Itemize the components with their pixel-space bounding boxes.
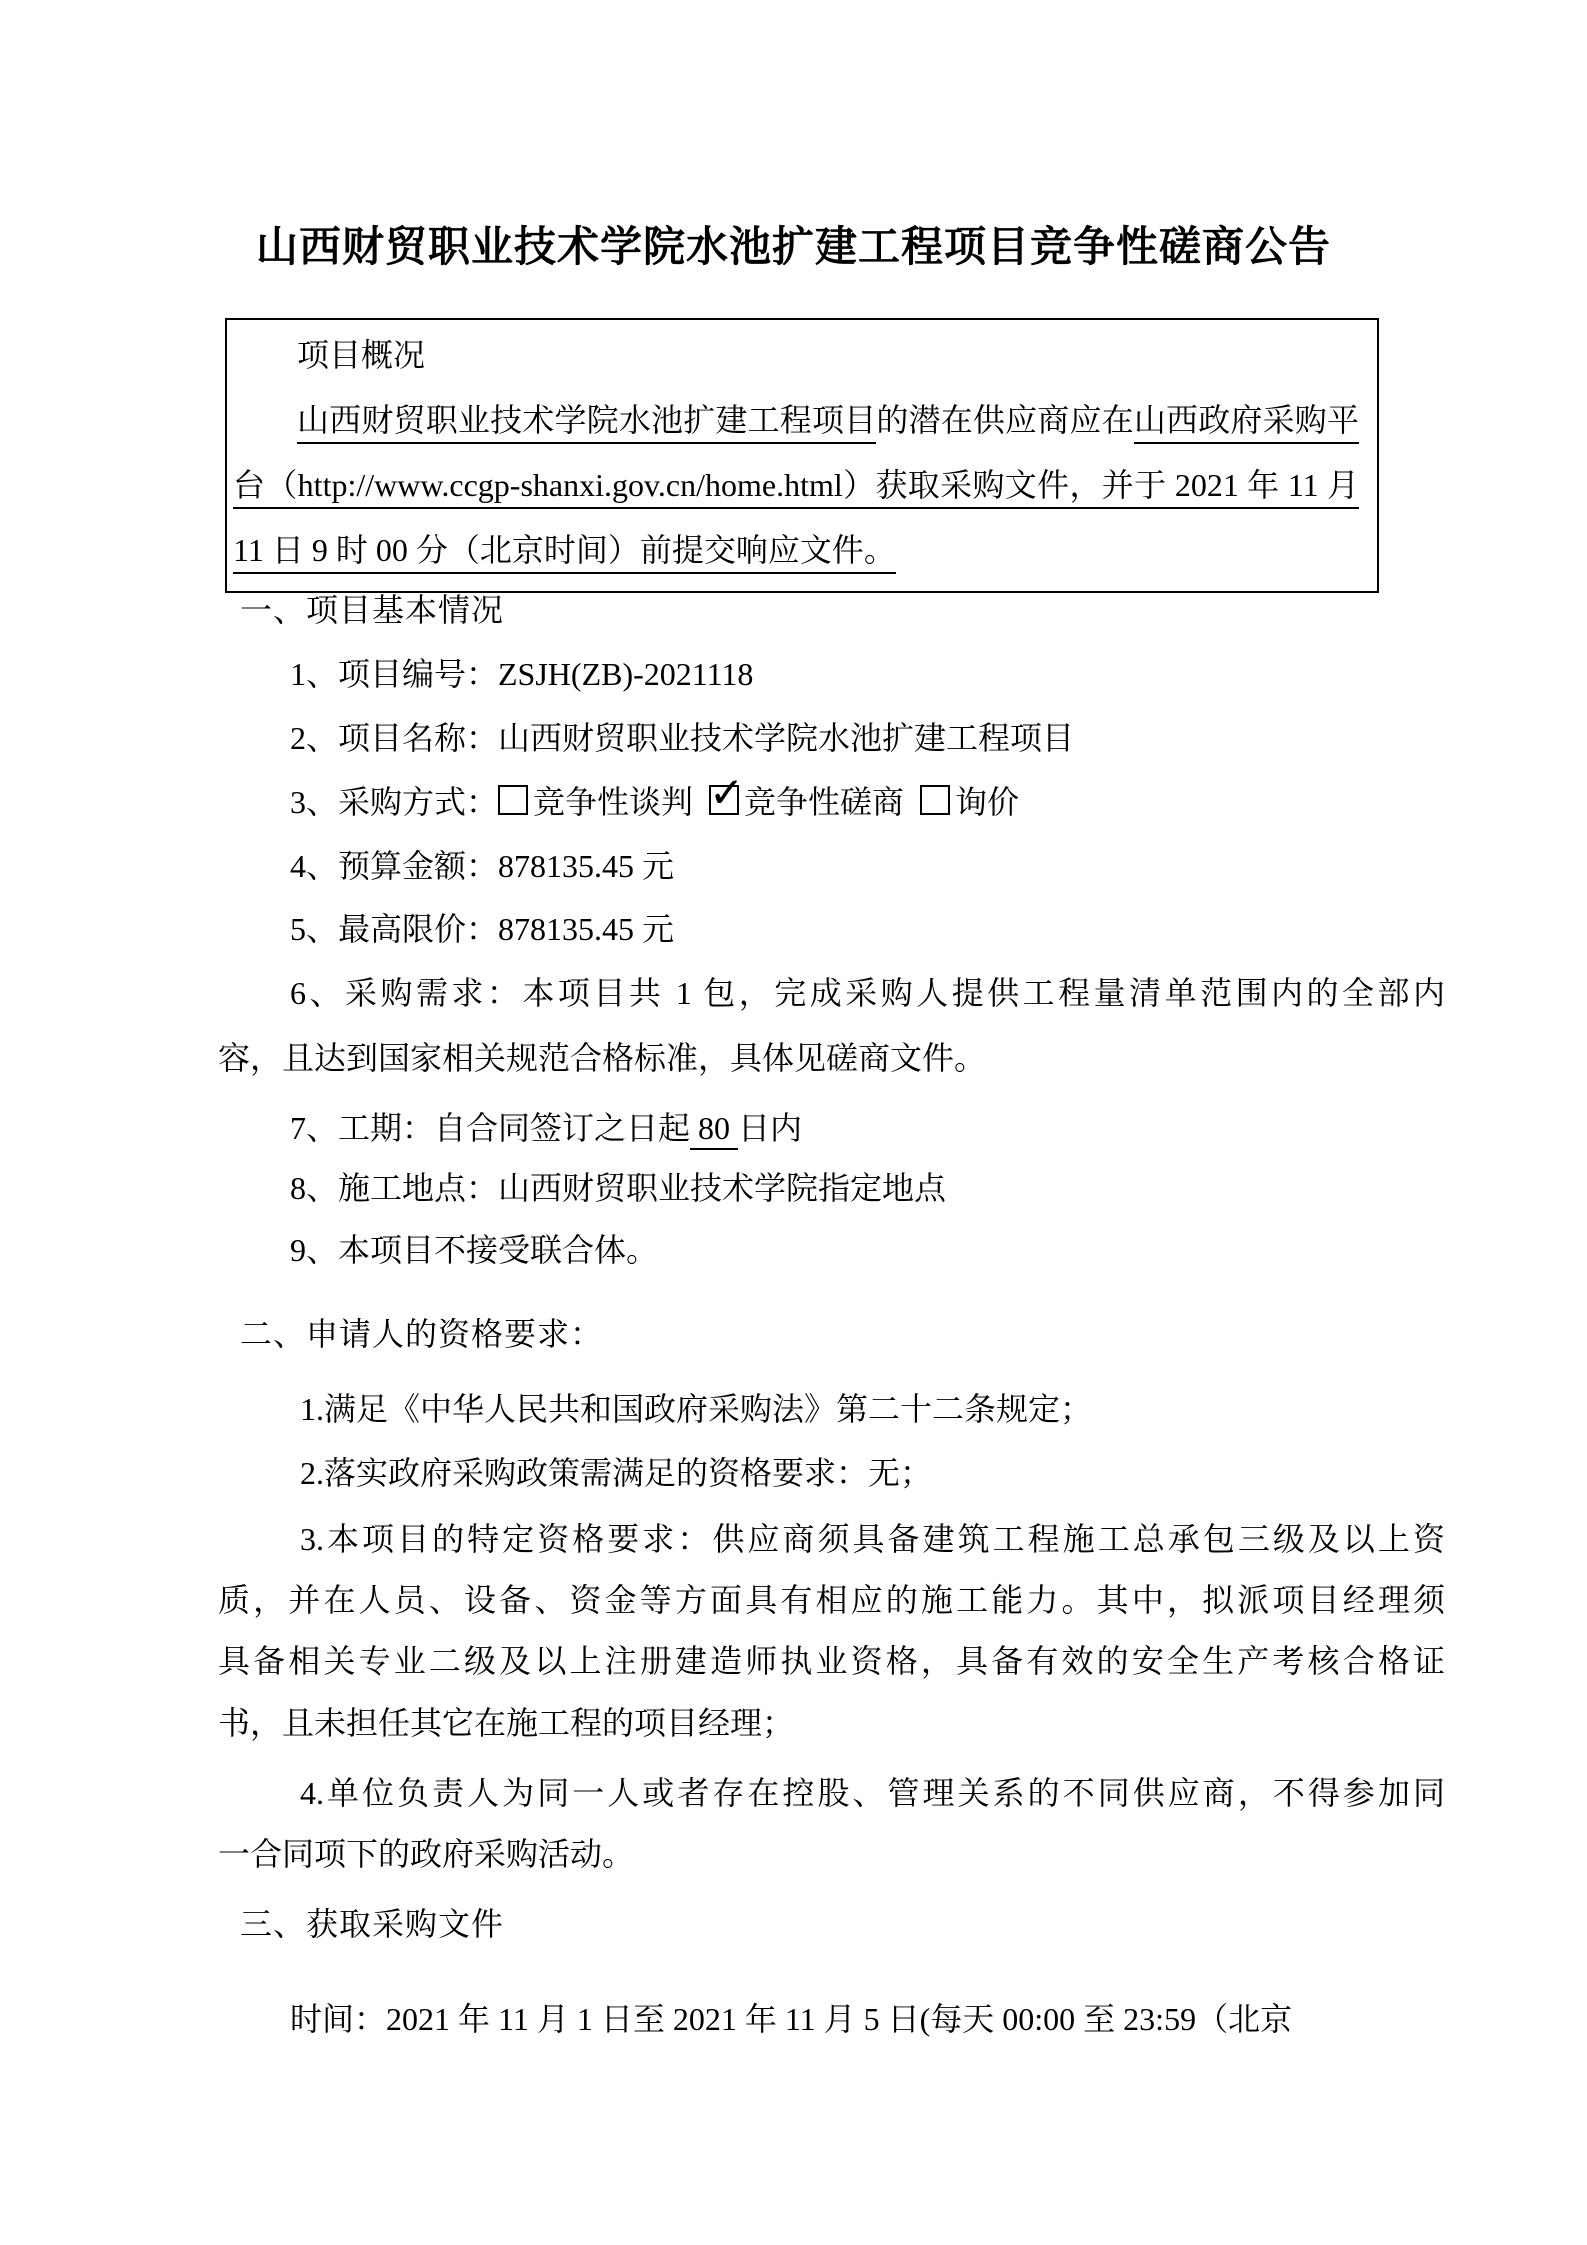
qualification-item1: 1.满足《中华人民共和国政府采购法》第二十二条规定； — [300, 1389, 1092, 1429]
item-no-consortium: 9、本项目不接受联合体。 — [290, 1230, 658, 1270]
qualification-item4-line1: 4.单位负责人为同一人或者存在控股、管理关系的不同供应商，不得参加同 — [300, 1773, 1445, 1813]
overview-heading: 项目概况 — [233, 322, 1371, 388]
method-option-label: 竞争性谈判 — [533, 784, 693, 820]
section-qualification-heading: 二、申请人的资格要求： — [240, 1314, 603, 1354]
duration-prefix: 7、工期：自合同签订之日起 — [290, 1110, 690, 1146]
item-demand-line1: 6、采购需求：本项目共 1 包，完成采购人提供工程量清单范围内的全部内 — [290, 973, 1445, 1013]
item-project-number: 1、项目编号：ZSJH(ZB)-2021118 — [290, 654, 753, 694]
method-option-consultation: ✓竞争性磋商 — [709, 784, 904, 820]
document-page: 山西财贸职业技术学院水池扩建工程项目竞争性磋商公告 项目概况 山西财贸职业技术学… — [0, 0, 1587, 2245]
documents-time-line: 时间：2021 年 11 月 1 日至 2021 年 11 月 5 日(每天 0… — [290, 1999, 1292, 2039]
section-documents-heading: 三、获取采购文件 — [240, 1904, 504, 1944]
project-overview-box: 项目概况 山西财贸职业技术学院水池扩建工程项目的潜在供应商应在山西政府采购平台（… — [225, 318, 1379, 593]
method-option-label: 询价 — [955, 784, 1019, 820]
method-option-inquiry: 询价 — [920, 784, 1019, 820]
overview-middle-text: 的潜在供应商应在 — [876, 402, 1134, 438]
qualification-item3-line4: 书，且未担任其它在施工程的项目经理； — [218, 1703, 794, 1743]
qualification-item4-line2: 一合同项下的政府采购活动。 — [218, 1834, 634, 1874]
overview-project-name: 山西财贸职业技术学院水池扩建工程项目 — [297, 402, 876, 444]
checkbox-checked-icon: ✓ — [709, 785, 739, 815]
checkbox-unchecked-icon — [920, 785, 950, 815]
section-basic-heading: 一、项目基本情况 — [240, 590, 504, 630]
method-option-label: 竞争性磋商 — [744, 784, 904, 820]
item-budget: 4、预算金额：878135.45 元 — [290, 846, 674, 886]
page-title: 山西财贸职业技术学院水池扩建工程项目竞争性磋商公告 — [0, 222, 1587, 272]
qualification-item2: 2.落实政府采购政策需满足的资格要求：无； — [300, 1453, 932, 1493]
checkbox-unchecked-icon — [498, 785, 528, 815]
duration-value: 80 — [690, 1110, 738, 1150]
item-duration: 7、工期：自合同签订之日起80日内 — [290, 1108, 802, 1148]
qualification-item3-line2: 质，并在人员、设备、资金等方面具有相应的施工能力。其中，拟派项目经理须 — [218, 1580, 1445, 1620]
item-procurement-method: 3、采购方式：竞争性谈判✓竞争性磋商询价 — [290, 782, 1035, 822]
item-construction-site: 8、施工地点：山西财贸职业技术学院指定地点 — [290, 1168, 946, 1208]
method-option-negotiation: 竞争性谈判 — [498, 784, 693, 820]
item-project-name: 2、项目名称：山西财贸职业技术学院水池扩建工程项目 — [290, 718, 1074, 758]
item-max-price: 5、最高限价：878135.45 元 — [290, 909, 674, 949]
qualification-item3-line1: 3.本项目的特定资格要求：供应商须具备建筑工程施工总承包三级及以上资 — [300, 1519, 1445, 1559]
duration-suffix: 日内 — [738, 1110, 802, 1146]
qualification-item3-line3: 具备相关专业二级及以上注册建造师执业资格，具备有效的安全生产考核合格证 — [218, 1641, 1445, 1681]
item-demand-line2: 容，且达到国家相关规范合格标准，具体见磋商文件。 — [218, 1038, 986, 1078]
overview-paragraph: 山西财贸职业技术学院水池扩建工程项目的潜在供应商应在山西政府采购平台（http:… — [233, 388, 1359, 583]
procurement-method-prefix: 3、采购方式： — [290, 784, 498, 820]
checkmark-icon: ✓ — [709, 772, 744, 814]
